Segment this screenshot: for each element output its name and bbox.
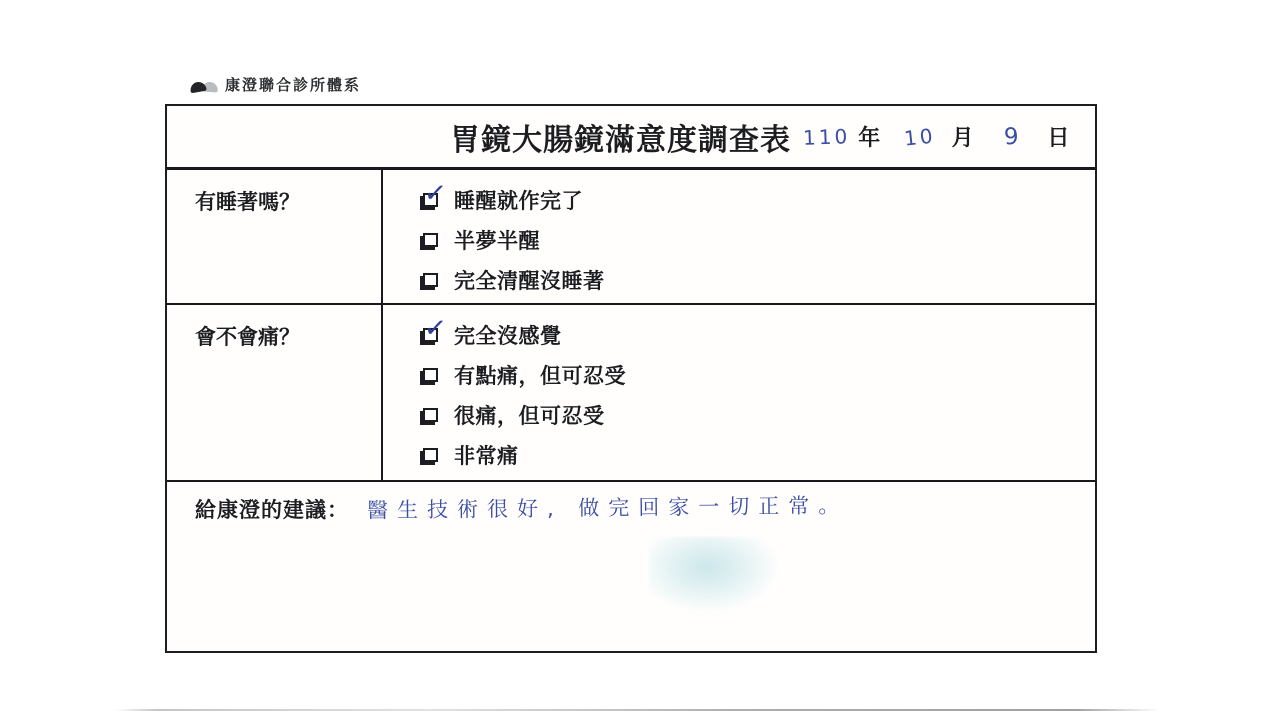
- checkbox-icon: [423, 368, 438, 382]
- question-options-sleep: 睡醒就作完了 半夢半醒 完全清醒沒睡著: [383, 170, 1095, 303]
- paper-edge-shadow: [115, 709, 1160, 711]
- question-label-sleep: 有睡著嗎？: [167, 170, 383, 303]
- survey-form-table: 胃鏡大腸鏡滿意度調查表 110 年 10 月 9 日 有睡著嗎？ 睡醒就作完了: [165, 104, 1097, 653]
- suggestion-row: 給康澄的建議： 醫生技術很好, 做完回家一切正常。: [167, 482, 1095, 651]
- date-year-value: 110: [803, 124, 851, 150]
- clinic-name: 康澄聯合診所體系: [225, 74, 361, 95]
- checkbox-icon: [423, 328, 438, 342]
- checkbox-icon: [423, 193, 438, 207]
- option-pain-2: 很痛，但可忍受: [423, 395, 1095, 435]
- checkbox-icon: [423, 448, 438, 462]
- option-label: 睡醒就作完了: [454, 185, 583, 215]
- clinic-brand: 康澄聯合診所體系: [190, 74, 361, 95]
- option-label: 完全沒感覺: [454, 320, 562, 350]
- option-pain-1: 有點痛，但可忍受: [423, 355, 1095, 395]
- option-label: 有點痛，但可忍受: [454, 360, 626, 390]
- date-day-label: 日: [1047, 121, 1069, 152]
- question-row-pain: 會不會痛？ 完全沒感覺 有點痛，但可忍受 很痛，但可忍受 非常痛: [167, 305, 1095, 482]
- date-year-label: 年: [858, 121, 880, 152]
- option-sleep-0: 睡醒就作完了: [423, 180, 1095, 220]
- checkbox-icon: [423, 233, 438, 247]
- logo-wing-dark: [189, 80, 206, 93]
- suggestion-label: 給康澄的建議：: [195, 494, 349, 524]
- form-title: 胃鏡大腸鏡滿意度調查表: [450, 115, 791, 159]
- checkbox-icon: [423, 408, 438, 422]
- question-options-pain: 完全沒感覺 有點痛，但可忍受 很痛，但可忍受 非常痛: [383, 305, 1095, 480]
- date-month-label: 月: [952, 121, 974, 152]
- option-label: 很痛，但可忍受: [454, 400, 605, 430]
- option-pain-0: 完全沒感覺: [423, 315, 1095, 355]
- option-label: 半夢半醒: [454, 225, 540, 255]
- date-day-value: 9: [1003, 123, 1022, 150]
- scanned-survey-page: 康澄聯合診所體系 胃鏡大腸鏡滿意度調查表 110 年 10 月 9 日 有睡著嗎…: [0, 0, 1280, 720]
- form-date: 110 年 10 月 9 日: [801, 121, 1069, 152]
- question-row-sleep: 有睡著嗎？ 睡醒就作完了 半夢半醒 完全清醒沒睡著: [167, 170, 1095, 305]
- option-label: 完全清醒沒睡著: [454, 265, 605, 295]
- ink-smudge: [649, 537, 779, 612]
- date-month-value: 10: [903, 123, 937, 150]
- form-header-row: 胃鏡大腸鏡滿意度調查表 110 年 10 月 9 日: [167, 106, 1095, 170]
- option-sleep-2: 完全清醒沒睡著: [423, 260, 1095, 300]
- clinic-logo-icon: [190, 78, 218, 92]
- question-label-pain: 會不會痛？: [167, 305, 383, 480]
- checkbox-icon: [423, 273, 438, 287]
- suggestion-handwriting: 醫生技術很好, 做完回家一切正常。: [367, 489, 849, 524]
- option-pain-3: 非常痛: [423, 435, 1095, 475]
- option-label: 非常痛: [454, 440, 519, 470]
- option-sleep-1: 半夢半醒: [423, 220, 1095, 260]
